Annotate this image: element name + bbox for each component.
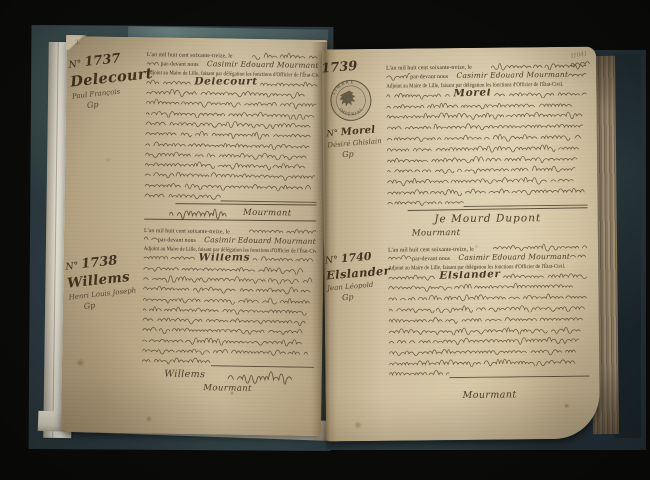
printed-devant: par-devant nous bbox=[161, 60, 199, 67]
officer-name: Casimir Edouard Mourmant bbox=[204, 235, 316, 246]
margin-act-1740: N° 1740 Elslander Jean Léopold Gp bbox=[324, 249, 388, 304]
register-right-page: 11041 1739 TIMBRE IMPÉRIAL N° Morel Dési… bbox=[322, 47, 600, 442]
signature-row: Je Mourd Dupont bbox=[388, 211, 588, 225]
signature-flourish bbox=[169, 207, 227, 217]
signature-row: Willems bbox=[142, 368, 314, 382]
signature-mourmant: Mourmant bbox=[203, 383, 252, 394]
signature-row: Mourmant bbox=[390, 388, 590, 401]
officer-name: Casimir Edouard Mourmant bbox=[207, 59, 319, 70]
signature-mourmant: Mourmant bbox=[412, 228, 461, 239]
declarant-name: Delecourt bbox=[191, 76, 260, 88]
handwriting-lines bbox=[386, 98, 587, 197]
separator-rule bbox=[175, 203, 316, 205]
entry-separator-rule bbox=[144, 218, 316, 221]
handwriting-lines bbox=[142, 262, 315, 357]
separator-rule bbox=[220, 193, 316, 203]
act-entry-1739: L'an mil huit cent soixante-treize, le p… bbox=[386, 61, 588, 239]
margin-act-1738: N° 1738 Willems Henri Louis Joseph Gp bbox=[65, 251, 146, 313]
declarant-name: Willems bbox=[195, 252, 253, 264]
book-cover-right-edge bbox=[615, 54, 641, 438]
printed-opening: L'an mil huit cent soixante-treize, le bbox=[144, 227, 230, 235]
signature-mourmant: Mourmant bbox=[243, 207, 292, 218]
declarant-name: Elslander bbox=[436, 269, 504, 281]
declarant-name: Morel bbox=[450, 88, 494, 100]
signature-row: Mourmant bbox=[412, 226, 588, 238]
officer-name: Casimir Edouard Mourmant bbox=[456, 70, 568, 80]
corner-mark: 3. bbox=[75, 38, 81, 47]
officer-name: Casimir Edouard Mourmant bbox=[458, 252, 570, 262]
act-number: 1739 bbox=[321, 57, 382, 77]
margin-act-1739: 1739 TIMBRE IMPÉRIAL N° Morel Désiré Ghi… bbox=[321, 57, 389, 160]
photo-backdrop: 3. N° 1737 Delecourt Paul François Gp N°… bbox=[0, 0, 650, 480]
handwriting-lines bbox=[388, 280, 589, 368]
signature-mourmant: Mourmant bbox=[463, 389, 517, 401]
imperial-stamp-icon: TIMBRE IMPÉRIAL bbox=[324, 73, 378, 127]
signature-willems: Willems bbox=[164, 368, 205, 380]
printed-opening: L'an mil huit cent soixante-treize, le bbox=[386, 64, 472, 71]
printed-opening: L'an mil huit cent soixante-treize, le bbox=[388, 246, 474, 253]
separator-rule bbox=[464, 197, 588, 206]
handwriting-lines bbox=[145, 87, 319, 193]
register-left-page: 3. N° 1737 Delecourt Paul François Gp N°… bbox=[61, 36, 327, 436]
separator-rule bbox=[211, 358, 314, 368]
printed-opening: L'an mil huit cent soixante-treize, le bbox=[147, 51, 233, 59]
signature-row: Mourmant bbox=[144, 206, 316, 219]
separator-rule bbox=[408, 207, 588, 211]
act-entry-1737: L'an mil huit cent soixante-treize, le p… bbox=[144, 49, 319, 221]
right-page-body: L'an mil huit cent soixante-treize, le p… bbox=[386, 61, 590, 408]
act-entry-1740: L'an mil huit cent soixante-treize, le p… bbox=[388, 242, 590, 401]
act-entry-1738: L'an mil huit cent soixante-treize, le p… bbox=[142, 225, 317, 395]
signature-dupont: Je Mourd Dupont bbox=[434, 212, 541, 225]
margin-act-1737: N° 1737 Delecourt Paul François Gp bbox=[68, 49, 149, 112]
left-page-body: L'an mil huit cent soixante-treize, le p… bbox=[141, 49, 318, 400]
separator-rule bbox=[449, 368, 589, 377]
signature-flourish bbox=[227, 371, 291, 382]
